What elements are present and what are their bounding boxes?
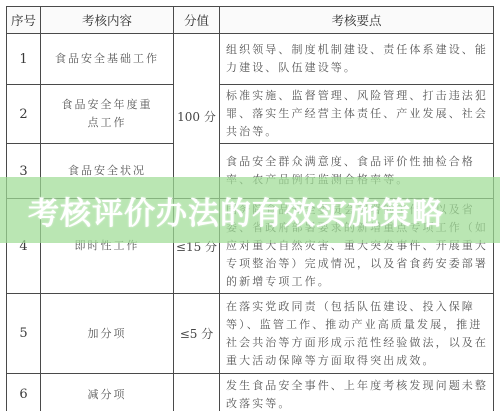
row-item: 减分项 [41, 374, 174, 411]
row-no: 6 [7, 374, 41, 411]
table-header-row: 序号 考核内容 分值 考核要点 [7, 7, 494, 34]
table-row: 5 加分项 ≤5 分 在落实党政同责（包括队伍建设、投入保障等）、监管工作、推动… [7, 294, 494, 374]
row-points: 发生食品安全事件、上年度考核发现问题未整改落实等。 [220, 374, 494, 411]
row-points: 标准实施、监督管理、风险管理、打击违法犯罪、落实生产经营主体责任、产业发展、社会… [220, 85, 494, 144]
header-no: 序号 [7, 7, 41, 34]
row-no: 5 [7, 294, 41, 374]
title-banner: 考核评价办法的有效实施策略 [0, 177, 500, 243]
row-item: 食品安全年度重点工作 [41, 85, 174, 144]
row-item: 食品安全基础工作 [41, 34, 174, 85]
row-score [174, 374, 220, 411]
row-points: 组织领导、制度机制建设、责任体系建设、能力建设、队伍建设等。 [220, 34, 494, 85]
header-item: 考核内容 [41, 7, 174, 34]
row-score: 100 分 [174, 34, 220, 199]
header-points: 考核要点 [220, 7, 494, 34]
table-row: 6 减分项 发生食品安全事件、上年度考核发现问题未整改落实等。 [7, 374, 494, 411]
row-item: 加分项 [41, 294, 174, 374]
header-score: 分值 [174, 7, 220, 34]
row-no: 2 [7, 85, 41, 144]
banner-title: 考核评价办法的有效实施策略 [28, 188, 444, 233]
row-points: 在落实党政同责（包括队伍建设、投入保障等）、监管工作、推动产业高质量发展，推进社… [220, 294, 494, 374]
row-no: 1 [7, 34, 41, 85]
table-row: 2 食品安全年度重点工作 标准实施、监督管理、风险管理、打击违法犯罪、落实生产经… [7, 85, 494, 144]
table-row: 1 食品安全基础工作 100 分 组织领导、制度机制建设、责任体系建设、能力建设… [7, 34, 494, 85]
row-score: ≤5 分 [174, 294, 220, 374]
